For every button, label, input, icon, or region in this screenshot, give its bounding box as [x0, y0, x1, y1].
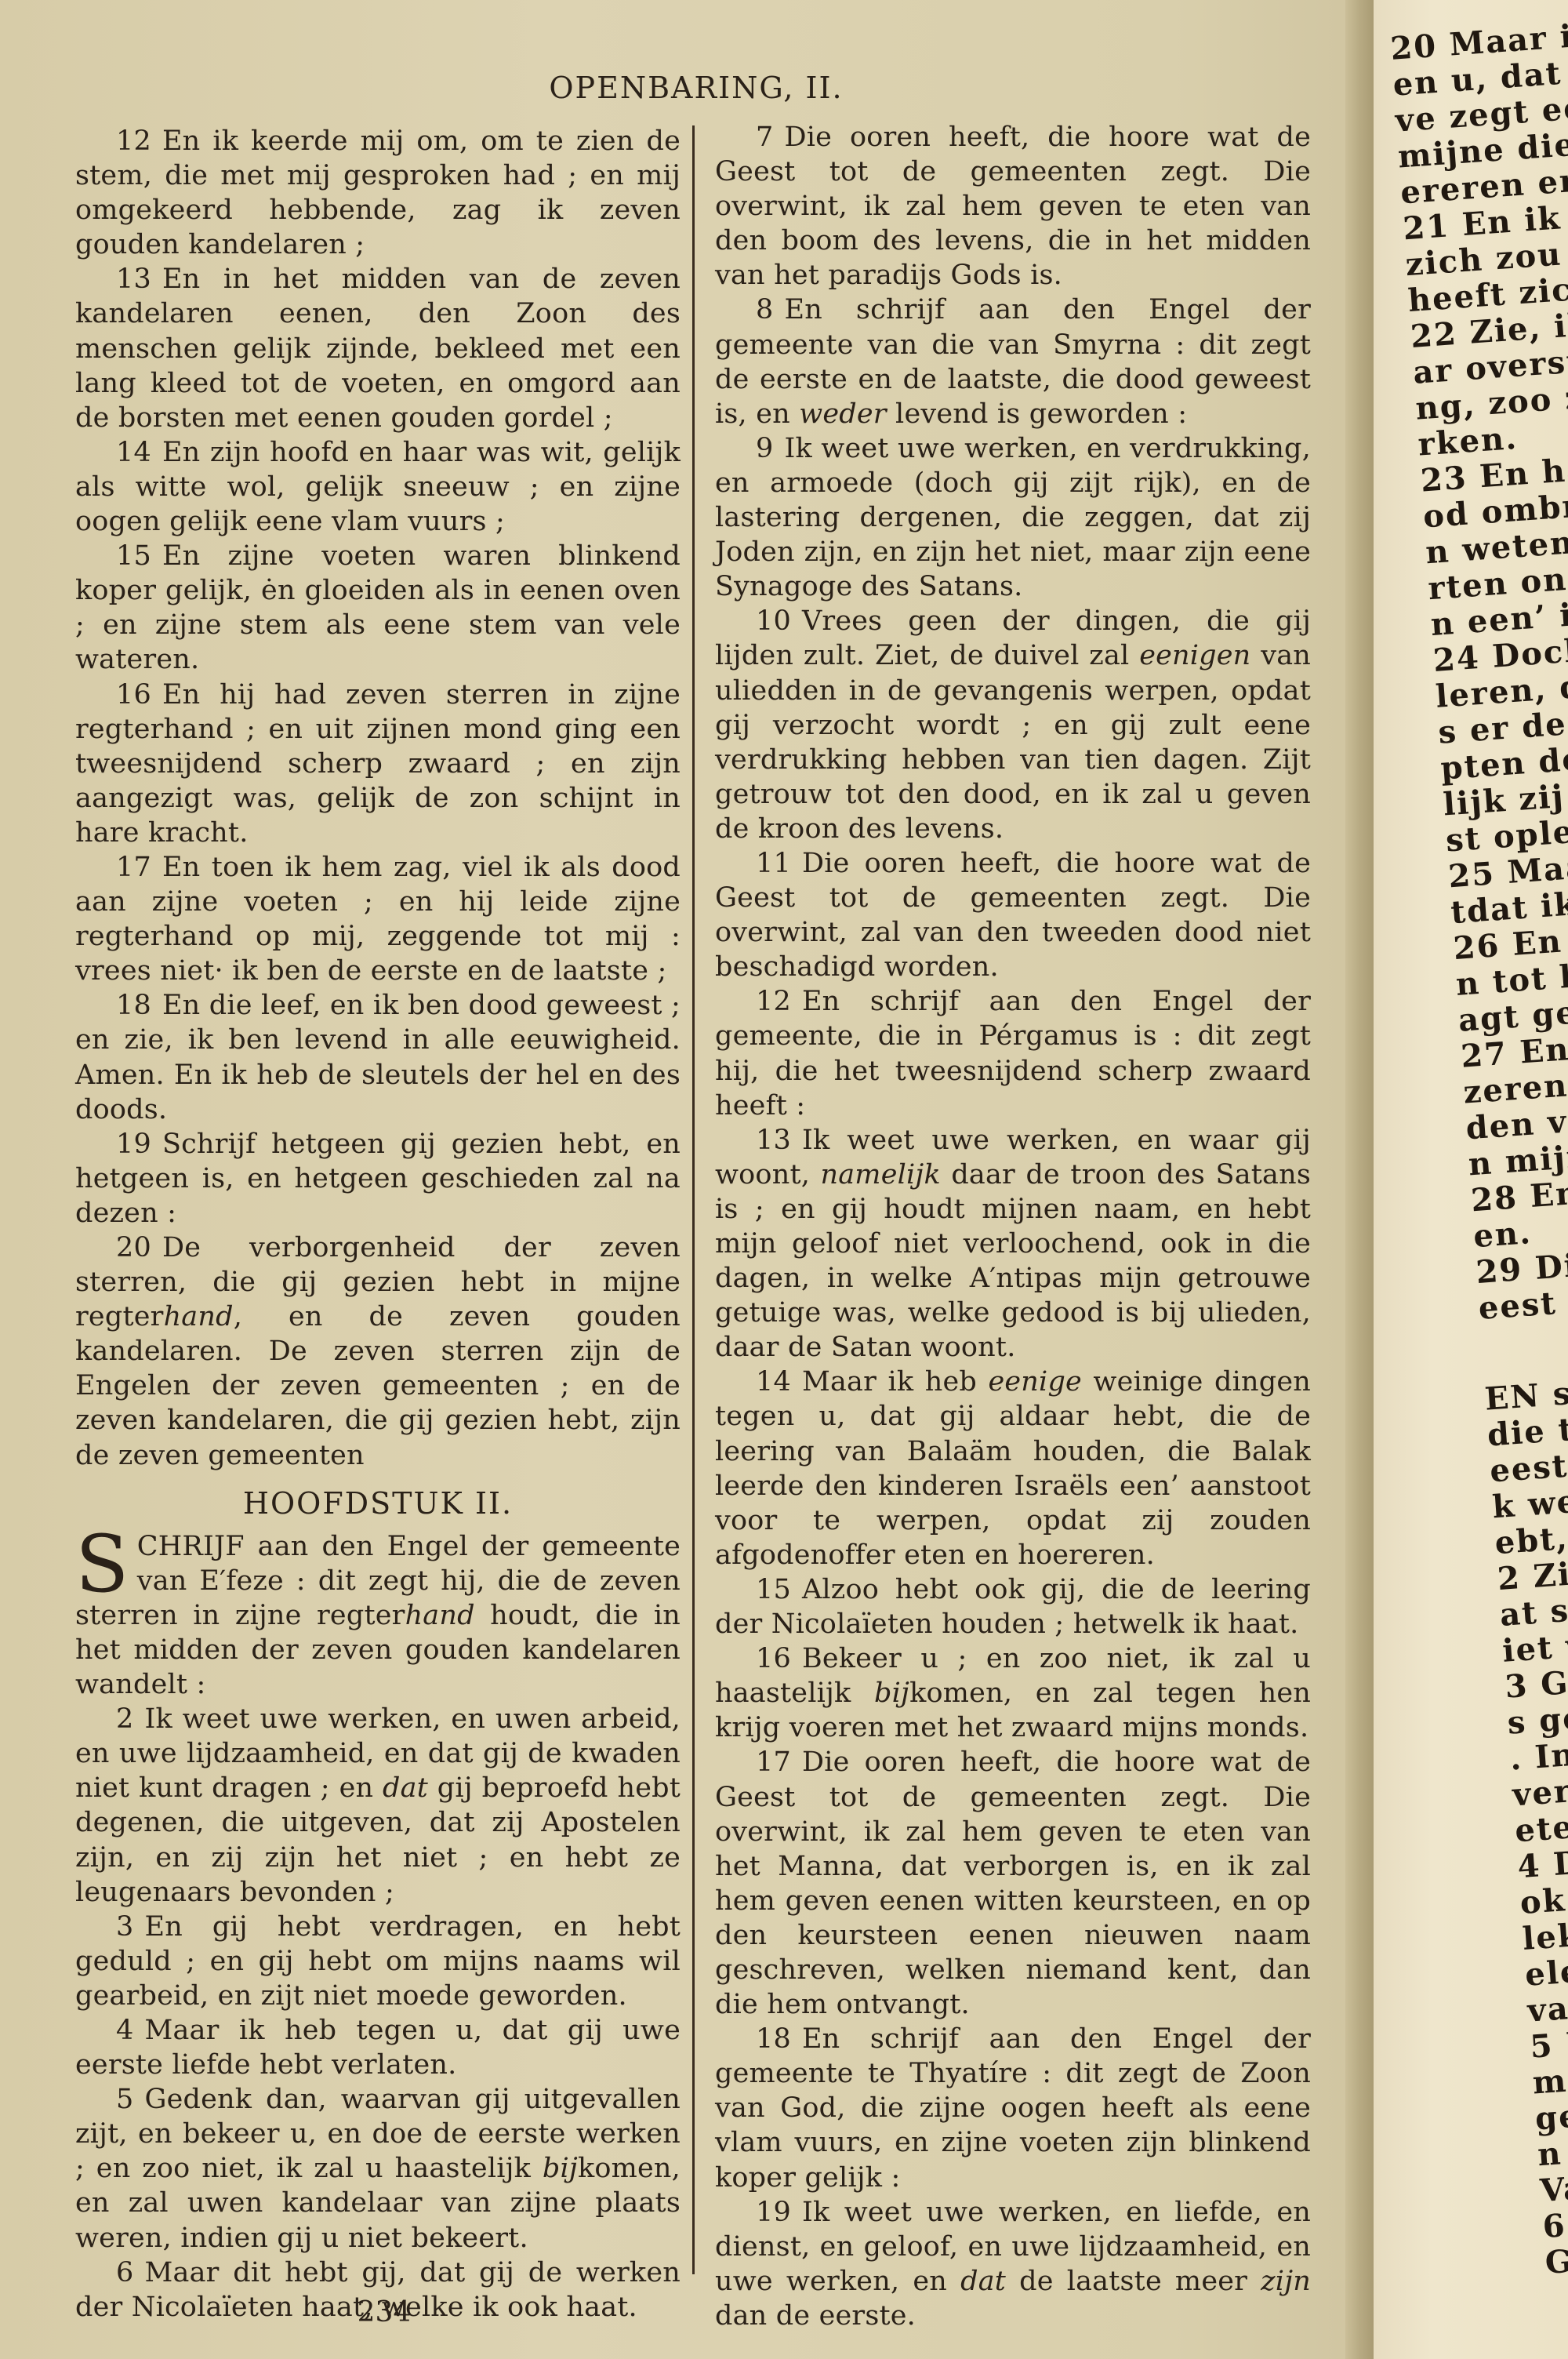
- verse-2-19: 19Ik weet uwe werken, en liefde, en dien…: [715, 2195, 1311, 2333]
- facing-page-text: 20 Maar ik heb eeen u, dat gij de vrove …: [1389, 9, 1568, 2281]
- verse-2-13: 13Ik weet uwe werken, en waar gij woont,…: [715, 1123, 1311, 1365]
- facing-page-fragment: 20 Maar ik heb eeen u, dat gij de vrove …: [1374, 0, 1568, 2359]
- verse-2-11: 11Die ooren heeft, die hoore wat de Gees…: [715, 846, 1311, 984]
- verse-2-16: 16Bekeer u ; en zoo niet, ik zal u haast…: [715, 1641, 1311, 1745]
- chapter-title: HOOFDSTUK II.: [75, 1484, 681, 1523]
- verse-2-4: 4Maar ik heb tegen u, dat gij uwe eerste…: [75, 2013, 681, 2082]
- verse-2-9: 9Ik weet uwe werken, en verdrukking, en …: [715, 431, 1311, 604]
- verse-1-16: 16En hij had zeven sterren in zijne regt…: [75, 678, 681, 850]
- drop-cap: S: [75, 1532, 129, 1597]
- verse-2-1: SCHRIJF aan den Engel der gemeente van E…: [75, 1529, 681, 1702]
- verse-1-12: 12En ik keerde mij om, om te zien de ste…: [75, 124, 681, 262]
- verse-1-19: 19Schrijf hetgeen gij gezien hebt, en he…: [75, 1127, 681, 1230]
- verse-2-14: 14Maar ik heb eenige weinige dingen tege…: [715, 1365, 1311, 1572]
- book-page-left: OPENBARING, II. 12En ik keerde mij om, o…: [0, 0, 1380, 2359]
- verse-1-17: 17En toen ik hem zag, viel ik als dood a…: [75, 850, 681, 988]
- verse-2-3: 3En gij hebt verdragen, en hebt geduld ;…: [75, 1910, 681, 2013]
- verse-1-13: 13En in het midden van de zeven kandelar…: [75, 262, 681, 434]
- verse-1-15: 15En zijne voeten waren blinkend koper g…: [75, 539, 681, 677]
- verse-2-8: 8En schrijf aan den Engel der gemeente v…: [715, 293, 1311, 431]
- verse-1-20: 20De verborgenheid der zeven sterren, di…: [75, 1230, 681, 1473]
- column-divider: [692, 125, 695, 2274]
- verse-2-15: 15Alzoo hebt ook gij, die de leering der…: [715, 1572, 1311, 1641]
- verse-2-7: 7Die ooren heeft, die hoore wat de Geest…: [715, 120, 1311, 293]
- verse-1-14: 14En zijn hoofd en haar was wit, gelijk …: [75, 435, 681, 539]
- verse-2-5: 5Gedenk dan, waarvan gij uitgevallen zij…: [75, 2082, 681, 2255]
- page-number: 234: [345, 2296, 423, 2328]
- right-column: 7Die ooren heeft, die hoore wat de Geest…: [715, 120, 1311, 2333]
- verse-2-12: 12En schrijf aan den Engel der gemeente,…: [715, 984, 1311, 1122]
- left-column: 12En ik keerde mij om, om te zien de ste…: [75, 124, 681, 2324]
- facing-chapter-title: HOOFD: [1481, 1318, 1568, 1377]
- verse-2-17: 17Die ooren heeft, die hoore wat de Gees…: [715, 1745, 1311, 2022]
- verse-1-18: 18En die leef, en ik ben dood geweest ; …: [75, 988, 681, 1126]
- verse-2-10: 10Vrees geen der dingen, die gij lijden …: [715, 604, 1311, 846]
- verse-2-2: 2Ik weet uwe werken, en uwen arbeid, en …: [75, 1702, 681, 1910]
- verse-2-18: 18En schrijf aan den Engel der gemeente …: [715, 2022, 1311, 2194]
- running-head: OPENBARING, II.: [0, 71, 1345, 105]
